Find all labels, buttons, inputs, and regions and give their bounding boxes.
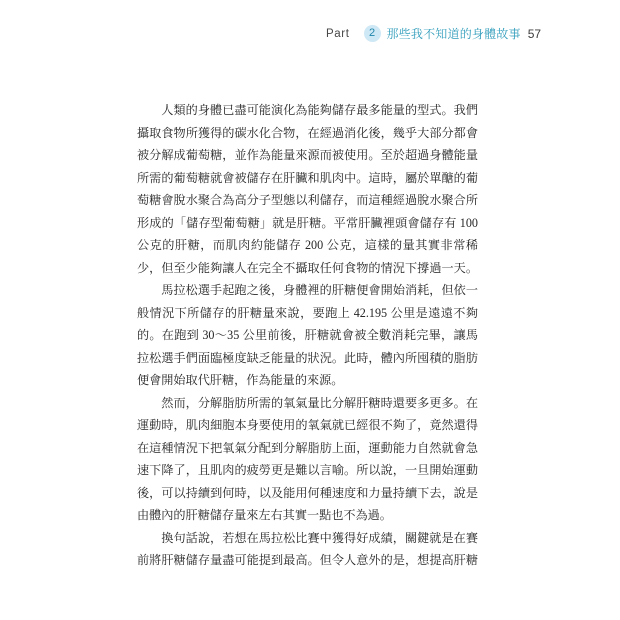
body-text-line: 般情況下所儲存的肝糖量來說，要跑上 42.195 公里是遠遠不夠	[137, 302, 478, 325]
body-text-line: 後，可以持續到何時，以及能用何種速度和力量持續下去，說是	[137, 482, 478, 505]
body-text-line: 在這種情況下把氧氣分配到分解脂肪上面，運動能力自然就會急	[137, 437, 478, 460]
book-page: Part 2 那些我不知道的身體故事 57 人類的身體已盡可能演化為能夠儲存最多…	[0, 0, 620, 620]
body-text-line: 所需的葡萄糖就會被儲存在肝臟和肌肉中。這時，屬於單醣的葡	[137, 167, 478, 190]
part-number-badge: 2	[364, 25, 381, 42]
body-text-line: 馬拉松選手起跑之後，身體裡的肝糖便會開始消耗，但依一	[137, 279, 478, 302]
body-text-line: 被分解成葡萄糖，並作為能量來源而被使用。至於超過身體能量	[137, 144, 478, 167]
body-text-line: 然而，分解脂肪所需的氧氣量比分解肝糖時還要多更多。在	[137, 392, 478, 415]
body-text-line: 由體內的肝糖儲存量來左右其實一點也不為過。	[137, 504, 478, 527]
body-text-line: 速下降了，且肌肉的疲勞更是難以言喻。所以說，一旦開始運動	[137, 459, 478, 482]
body-text-line: 萄糖會脫水聚合為高分子型態以利儲存，而這種經過脫水聚合所	[137, 189, 478, 212]
page-number: 57	[528, 27, 541, 41]
body-text-line: 少，但至少能夠讓人在完全不攝取任何食物的情況下撐過一天。	[137, 257, 478, 280]
body-text-line: 便會開始取代肝糖，作為能量的來源。	[137, 369, 478, 392]
body-text-line: 換句話說，若想在馬拉松比賽中獲得好成績，關鍵就是在賽	[137, 527, 478, 550]
part-label: Part	[326, 28, 350, 40]
body-text-line: 形成的「儲存型葡萄糖」就是肝糖。平常肝臟裡頭會儲存有 100	[137, 212, 478, 235]
section-title: 那些我不知道的身體故事	[387, 25, 521, 42]
body-text-block: 人類的身體已盡可能演化為能夠儲存最多能量的型式。我們攝取食物所獲得的碳水化合物，…	[137, 99, 478, 572]
body-text-line: 拉松選手們面臨極度缺乏能量的狀況。此時，體內所囤積的脂肪	[137, 347, 478, 370]
body-text-line: 攝取食物所獲得的碳水化合物，在經過消化後，幾乎大部分都會	[137, 122, 478, 145]
body-text-line: 公克的肝糖，而肌肉約能儲存 200 公克，這樣的量其實非常稀	[137, 234, 478, 257]
body-text-line: 的。在跑到 30～35 公里前後，肝糖就會被全數消耗完畢，讓馬	[137, 324, 478, 347]
body-text-line: 人類的身體已盡可能演化為能夠儲存最多能量的型式。我們	[137, 99, 478, 122]
running-head: Part 2 那些我不知道的身體故事 57	[326, 25, 541, 42]
body-text-line: 運動時，肌肉細胞本身要使用的氧氣就已經很不夠了，竟然還得	[137, 414, 478, 437]
body-text-line: 前將肝糖儲存量盡可能提到最高。但令人意外的是，想提高肝糖	[137, 549, 478, 572]
